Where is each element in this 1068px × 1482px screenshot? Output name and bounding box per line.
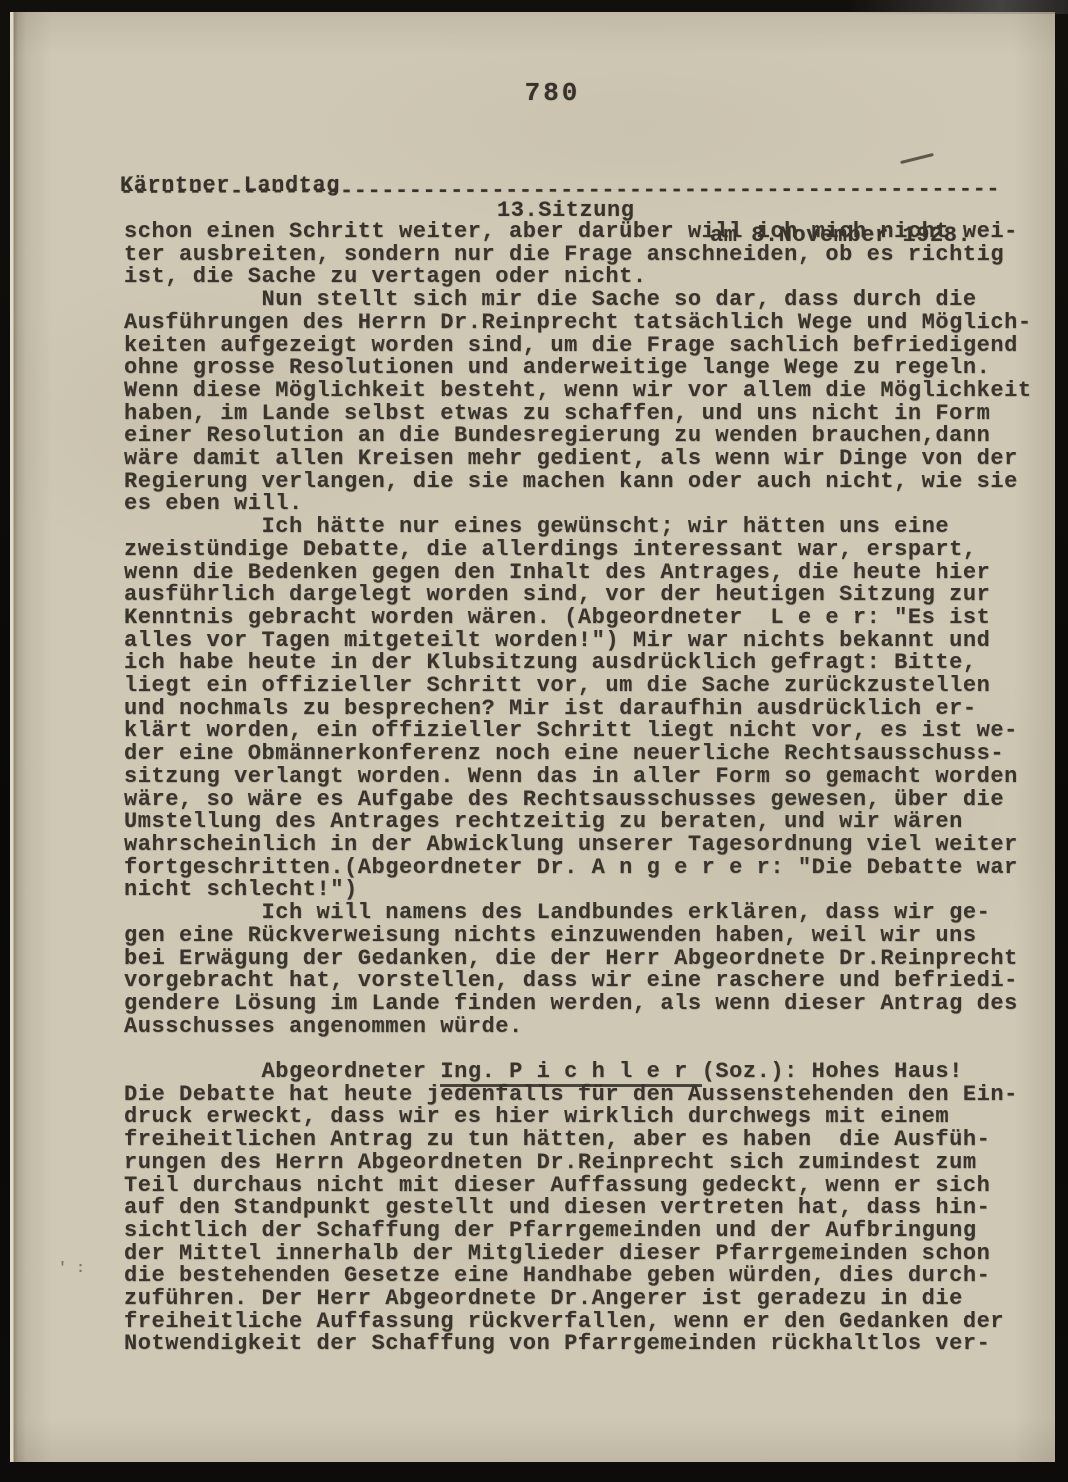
- text-line: nicht schlecht!"): [124, 879, 1035, 902]
- text-line: ohne grosse Resolutionen und anderweitig…: [124, 357, 1035, 380]
- text-line: bei Erwägung der Gedanken, die der Herr …: [124, 948, 1035, 971]
- body-lines: schon einen Schritt weiter, aber darüber…: [124, 221, 1035, 1356]
- header-divider: ----------------------------------------…: [120, 177, 1000, 204]
- text-line: wahrscheinlich in der Abwicklung unserer…: [124, 834, 1035, 857]
- text-line: zuführen. Der Herr Abgeordnete Dr.Angere…: [124, 1288, 1035, 1311]
- text-line: freiheitliche Auffassung rückverfallen, …: [124, 1311, 1035, 1334]
- text-line: wäre, so wäre es Aufgabe des Rechtsaussc…: [124, 789, 1035, 812]
- text-line: die bestehenden Gesetze eine Handhabe ge…: [124, 1265, 1035, 1288]
- document-page: 780 Kärntner Landtag 13.Sitzung am 8.Nov…: [10, 12, 1055, 1462]
- text-line: Die Debatte hat heute jedenfalls für den…: [124, 1084, 1035, 1107]
- text-line: sichtlich der Schaffung der Pfarrgemeind…: [124, 1220, 1035, 1243]
- text-line: [124, 1038, 1035, 1061]
- text-line: wenn die Bedenken gegen den Inhalt des A…: [124, 562, 1035, 585]
- text-line: liegt ein offizieller Schritt vor, um di…: [124, 675, 1035, 698]
- text-line: ich habe heute in der Klubsitzung ausdrü…: [124, 652, 1035, 675]
- text-line: Umstellung des Antrages rechtzeitig zu b…: [124, 811, 1035, 834]
- text-line: Ich will namens des Landbundes erklären,…: [124, 902, 1035, 925]
- text-line: gendere Lösung im Lande finden werden, a…: [124, 993, 1035, 1016]
- speaker-line-prefix: Abgeordneter: [124, 1059, 440, 1084]
- page-header: Kärntner Landtag 13.Sitzung am 8.Novembe…: [10, 148, 1055, 172]
- text-line: sitzung verlangt worden. Wenn das in all…: [124, 766, 1035, 789]
- text-line: zweistündige Debatte, die allerdings int…: [124, 539, 1035, 562]
- text-line: rungen des Herrn Abgeordneten Dr.Reinpre…: [124, 1152, 1035, 1175]
- text-line: Abgeordneter Ing. P i c h l e r (Soz.): …: [124, 1061, 1035, 1084]
- text-line: Teil durchaus nicht mit dieser Auffassun…: [124, 1175, 1035, 1198]
- text-line: vorgebracht hat, vorstellen, dass wir ei…: [124, 970, 1035, 993]
- text-line: alles vor Tagen mitgeteilt worden!") Mir…: [124, 630, 1035, 653]
- text-line: und nochmals zu besprechen? Mir ist dara…: [124, 698, 1035, 721]
- text-line: auf den Standpunkt gestellt und diesen v…: [124, 1197, 1035, 1220]
- text-line: schon einen Schritt weiter, aber darüber…: [124, 221, 1035, 244]
- text-line: der eine Obmännerkonferenz noch eine neu…: [124, 743, 1035, 766]
- text-line: druck erweckt, dass wir es hier wirklich…: [124, 1106, 1035, 1129]
- text-line: Ich hätte nur eines gewünscht; wir hätte…: [124, 516, 1035, 539]
- text-line: fortgeschritten.(Abgeordneter Dr. A n g …: [124, 857, 1035, 880]
- text-line: Ausschusses angenommen würde.: [124, 1016, 1035, 1039]
- text-line: haben, im Lande selbst etwas zu schaffen…: [124, 403, 1035, 426]
- text-line: Notwendigkeit der Schaffung von Pfarrgem…: [124, 1333, 1035, 1356]
- text-line: einer Resolution an die Bundesregierung …: [124, 425, 1035, 448]
- text-line: klärt worden, ein offizieller Schritt li…: [124, 720, 1035, 743]
- text-line: wäre damit allen Kreisen mehr gedient, a…: [124, 448, 1035, 471]
- scan-artifact: ' :: [58, 1260, 85, 1277]
- text-line: Wenn diese Möglichkeit besteht, wenn wir…: [124, 380, 1035, 403]
- text-line: keiten aufgezeigt worden sind, um die Fr…: [124, 335, 1035, 358]
- text-line: Kenntnis gebracht worden wären. (Abgeord…: [124, 607, 1035, 630]
- text-line: Regierung verlangen, die sie machen kann…: [124, 471, 1035, 494]
- speaker-line-suffix: (Soz.): Hohes Haus!: [702, 1059, 963, 1084]
- text-line: ist, die Sache zu vertagen oder nicht.: [124, 266, 1035, 289]
- text-line: ausführlich dargelegt worden sind, vor d…: [124, 584, 1035, 607]
- text-line: der Mittel innerhalb der Mitglieder dies…: [124, 1243, 1035, 1266]
- text-line: freiheitlichen Antrag zu tun hätten, abe…: [124, 1129, 1035, 1152]
- page-number: 780: [10, 78, 1055, 108]
- text-line: Nun stellt sich mir die Sache so dar, da…: [124, 289, 1035, 312]
- text-line: es eben will.: [124, 493, 1035, 516]
- text-line: gen eine Rückverweisung nichts einzuwend…: [124, 925, 1035, 948]
- text-line: Ausführungen des Herrn Dr.Reinprecht tat…: [124, 312, 1035, 335]
- text-line: ter ausbreiten, sondern nur die Frage an…: [124, 244, 1035, 267]
- scan-background: 780 Kärntner Landtag 13.Sitzung am 8.Nov…: [0, 0, 1068, 1482]
